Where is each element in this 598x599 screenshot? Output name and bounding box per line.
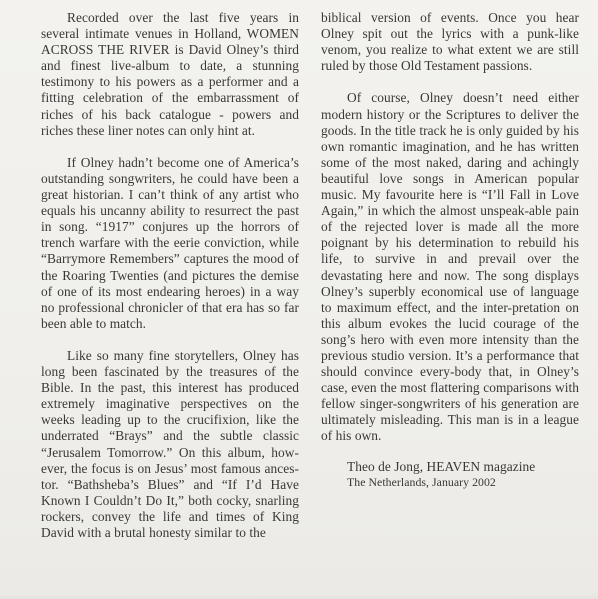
right-column: biblical version of events. Once you hea… <box>321 10 579 489</box>
left-column: Recorded over the last five years in sev… <box>41 10 299 557</box>
signature: Theo de Jong, HEAVEN magazine The Nether… <box>321 459 579 489</box>
signature-place-date: The Netherlands, January 2002 <box>347 475 579 489</box>
paragraph-bible-continued: biblical version of events. Once you hea… <box>321 10 579 74</box>
paragraph-love-songs: Of course, Olney doesn’t need either mod… <box>321 90 579 444</box>
signature-author: Theo de Jong, HEAVEN magazine <box>347 459 579 475</box>
paragraph-historian: If Olney hadn’t become one of America’s … <box>41 155 299 332</box>
page-bottom-edge <box>0 593 598 599</box>
liner-notes-page: Recorded over the last five years in sev… <box>0 0 598 599</box>
paragraph-bible: Like so many fine storytellers, Olney ha… <box>41 348 299 541</box>
paragraph-intro: Recorded over the last five years in sev… <box>41 10 299 139</box>
